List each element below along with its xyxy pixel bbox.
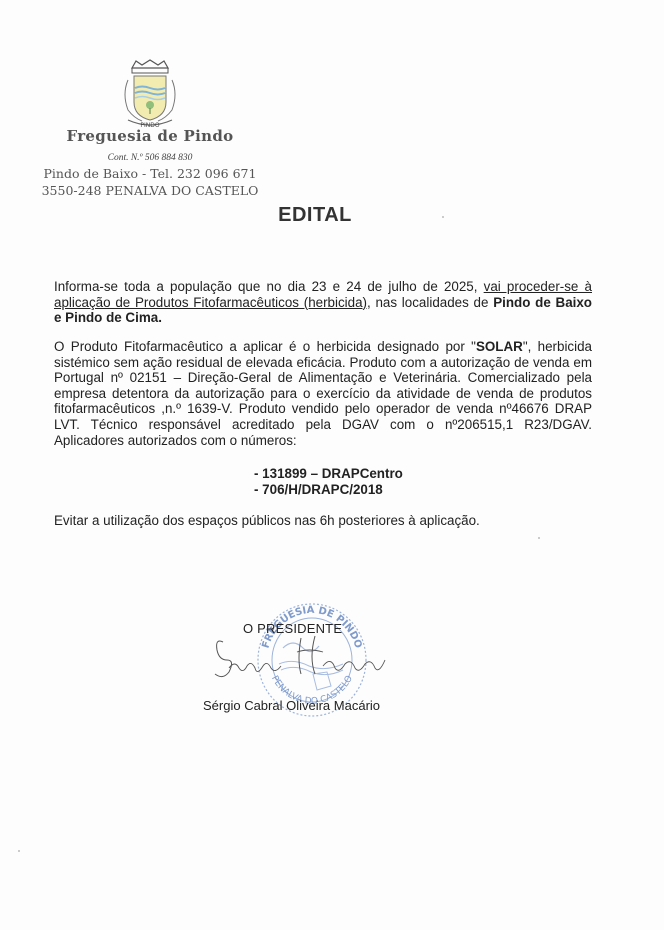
document-title: EDITAL [0, 204, 630, 227]
product-name: SOLAR [476, 339, 523, 354]
text: e [54, 310, 65, 325]
address-line-2: 3550-248 PENALVA DO CASTELO [0, 183, 300, 198]
paragraph-warning: Evitar a utilização dos espaços públicos… [54, 513, 592, 529]
document-page: PINDO Freguesia de Pindo Cont. N.º 506 8… [0, 0, 664, 930]
place-name: Pindo de Cima [65, 310, 158, 325]
organization-name: Freguesia de Pindo [0, 127, 300, 145]
text: ", herbicida sistémico sem ação residual… [54, 339, 592, 448]
text: . [158, 310, 162, 325]
signatory-name: Sérgio Cabral Oliveira Macário [203, 698, 380, 713]
contributor-number: Cont. N.º 506 884 830 [0, 153, 300, 163]
scan-speck [18, 850, 20, 852]
address-line-1: Pindo de Baixo - Tel. 232 096 671 [0, 166, 300, 181]
applicator-item: - 706/H/DRAPC/2018 [254, 482, 403, 498]
applicators-list: - 131899 – DRAPCentro - 706/H/DRAPC/2018 [254, 466, 403, 498]
coat-of-arms-icon: PINDO [112, 58, 188, 130]
scan-speck [442, 216, 444, 218]
paragraph-announcement: Informa-se toda a população que no dia 2… [54, 279, 592, 326]
place-name: Pindo de Baixo [493, 295, 592, 310]
scan-speck [538, 537, 540, 539]
paragraph-product-details: O Produto Fitofarmacêutico a aplicar é o… [54, 339, 592, 448]
applicator-item: - 131899 – DRAPCentro [254, 466, 403, 482]
handwritten-signature-icon [205, 630, 395, 685]
text: O Produto Fitofarmacêutico a aplicar é o… [54, 339, 476, 354]
text: Informa-se toda a população que no dia 2… [54, 279, 484, 294]
text: , nas localidades de [367, 295, 493, 310]
